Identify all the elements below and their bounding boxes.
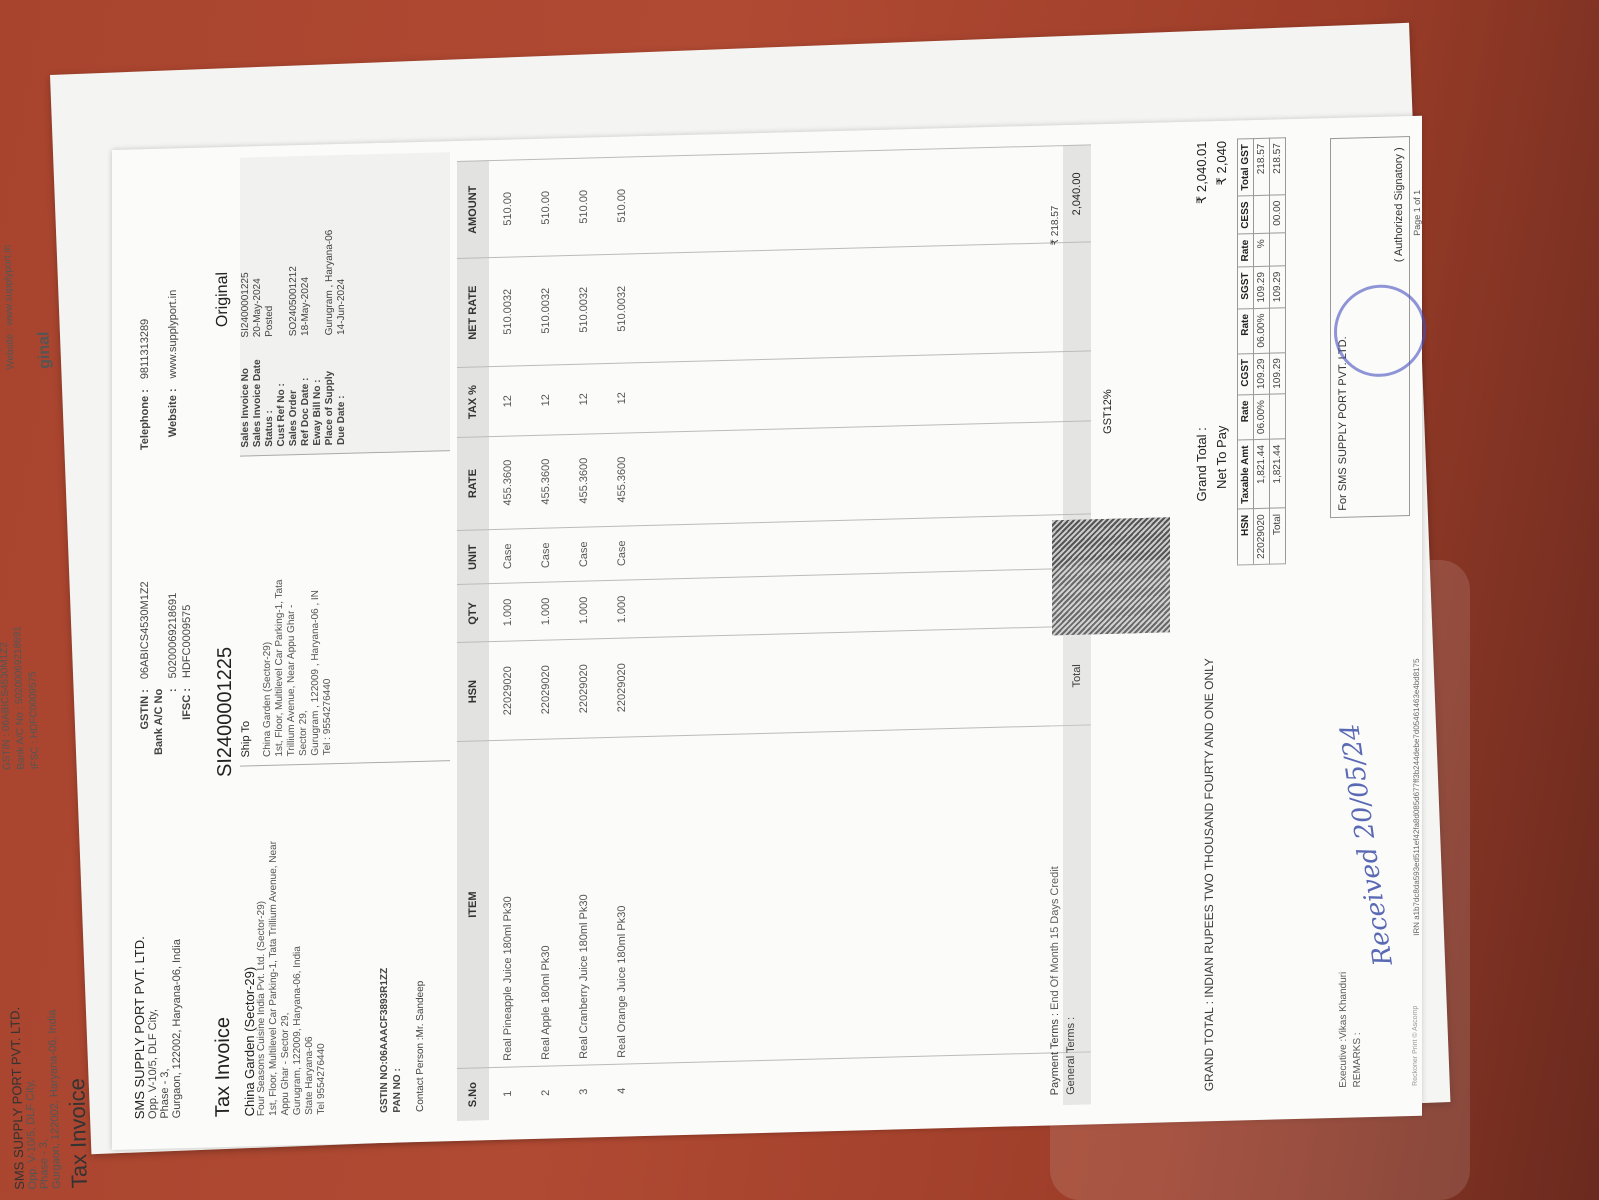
tax-cell: 06.00%: [1254, 394, 1270, 439]
ship-to: Ship To China Garden (Sector-29) 1st, Fl…: [240, 452, 450, 766]
tax-cell: 00.00: [1270, 195, 1286, 234]
meta-row: Eway Bill No :: [312, 155, 324, 445]
invoice-number: SI2400001225: [214, 647, 237, 778]
column-header: UNIT: [457, 530, 489, 585]
table-cell: 22029020: [565, 639, 603, 739]
back-contact-block: Telephone : 9811313289 Website : www.sup…: [0, 244, 53, 370]
tax-cell: [1254, 195, 1270, 234]
tax-cell: 109.29: [1254, 266, 1270, 308]
plastic-sleeve-overlay: [1050, 560, 1470, 1200]
table-filler: [641, 146, 1063, 1117]
table-cell: 22029020: [603, 638, 641, 738]
table-cell: 510.00: [565, 158, 603, 256]
bill-to-line: State Haryana-06: [304, 785, 316, 1115]
ship-to-line: Tel : 9554276440: [322, 455, 334, 755]
meta-key: Status :: [264, 337, 276, 447]
invoice-meta: Sales Invoice NoSI2400001225Sales Invoic…: [240, 152, 450, 456]
tax-row: Total1,821.44109.29109.2900.00218.57: [1270, 137, 1286, 564]
table-row: 4Real Orange Juice 180ml Pk30220290201.0…: [603, 157, 641, 1117]
bill-to-line: Four Seasons Cuisine India Pvt. Ltd. (Se…: [256, 786, 268, 1116]
ship-to-line: China Garden (Sector-29): [262, 457, 274, 757]
company-stamp-icon: [1334, 284, 1426, 378]
table-cell: Real Apple 180ml Pk30: [527, 738, 565, 1066]
table-cell: 455.3600: [565, 434, 603, 528]
tax-cell: [1270, 307, 1286, 352]
table-cell: Case: [489, 529, 527, 584]
table-cell: 1: [489, 1067, 527, 1120]
contact-details: Telephone :9811313289 Website :www.suppl…: [138, 290, 180, 460]
bank-value: 50200069218691: [167, 593, 179, 679]
table-cell: Case: [603, 526, 641, 581]
bill-to-line: Tel 9554276440: [316, 784, 328, 1114]
tax-cell: 109.29: [1270, 352, 1286, 394]
tax-row: 220290201,821.4406.00%109.2906.00%109.29…: [1254, 138, 1270, 565]
tax-column-header: SGST: [1238, 267, 1254, 309]
tax-column-header: Taxable Amt: [1238, 440, 1254, 510]
back-web: www.supplyport.in: [2, 245, 15, 326]
meta-row: Cust Ref No :: [276, 156, 288, 446]
meta-row: Place of SupplyGurugram , Haryana-06: [324, 155, 336, 445]
column-header: AMOUNT: [457, 161, 489, 259]
bank-label: Bank A/C No :: [152, 688, 180, 759]
table-cell: 2: [527, 1066, 565, 1119]
table-cell: 455.3600: [603, 433, 641, 527]
tax-cell: 109.29: [1270, 266, 1286, 308]
copy-label: Original: [214, 272, 232, 328]
back-bank-label: Bank A/C No :: [14, 707, 27, 770]
column-header: TAX %: [457, 367, 489, 438]
net-pay-label: Net To Pay: [1212, 425, 1232, 501]
back-tel-label: Telephone :: [0, 318, 3, 370]
table-cell: 455.3600: [489, 436, 527, 530]
table-cell: 1.000: [527, 582, 565, 641]
meta-row: Status :Posted: [264, 157, 276, 447]
customer-gstin: GSTIN NO:06AAACF3893R1ZZ: [378, 968, 391, 1113]
column-header: HSN: [457, 642, 489, 741]
website-value: www.supplyport.in: [167, 290, 179, 379]
gstin-label: GSTIN :: [138, 689, 152, 759]
items-table: S.NoITEMHSNQTYUNITRATETAX %NET RATEAMOUN…: [457, 144, 1091, 1121]
tax-cell: 06.00%: [1254, 308, 1270, 353]
tax-cell: 1,821.44: [1270, 439, 1286, 509]
back-web-label: Website :: [4, 328, 16, 370]
bill-to-line: Appu Ghar - Sector 29,: [280, 785, 292, 1115]
meta-value: Gurugram , Haryana-06: [324, 230, 335, 336]
meta-key: Sales Order: [288, 336, 300, 446]
gst-amount: ₹ 218.57: [1050, 205, 1061, 245]
total-cell: [1063, 242, 1091, 351]
table-cell: 510.0032: [527, 256, 565, 366]
table-cell: 12: [489, 366, 527, 437]
table-cell: 1.000: [603, 580, 641, 639]
grand-total-value: ₹ 2,040.01: [1192, 141, 1212, 292]
table-cell: 510.00: [489, 160, 527, 258]
meta-value: Posted: [264, 306, 275, 337]
table-cell: 4: [603, 1064, 641, 1117]
authorized-signatory: ( Authorized Signatory ): [1393, 147, 1405, 262]
meta-key: Cust Ref No :: [276, 336, 288, 446]
meta-row: Sales OrderSO2405001212: [288, 156, 300, 446]
table-cell: Case: [565, 527, 603, 582]
bill-to-line: Gurugram, 122009, Haryana-06, India: [292, 785, 304, 1115]
totals-labels: Grand Total : Net To Pay: [1192, 425, 1232, 501]
table-row: 1Real Pineapple Juice 180ml Pk3022029020…: [489, 160, 527, 1120]
tax-column-header: Rate: [1238, 234, 1254, 267]
meta-key: Sales Invoice Date: [252, 337, 264, 447]
tax-column-header: Total GST: [1238, 138, 1254, 196]
table-cell: 3: [565, 1065, 603, 1118]
meta-key: Place of Supply: [324, 335, 336, 445]
meta-row: Sales Invoice NoSI2400001225: [240, 157, 252, 447]
table-cell: 12: [603, 363, 641, 434]
meta-value: SO2405001212: [288, 266, 299, 336]
table-cell: 1.000: [489, 583, 527, 642]
bill-to-name: China Garden (Sector-29): [244, 786, 256, 1116]
page-number: Page 1 of 1: [1412, 190, 1422, 236]
tax-cell: 218.57: [1270, 137, 1286, 195]
meta-row: Sales Invoice Date20-May-2024: [252, 157, 264, 447]
contact-person: Contact Person :Mr. Sandeep: [414, 967, 427, 1112]
column-header: S.No: [457, 1068, 489, 1121]
ship-to-line: Sector 29,: [298, 456, 310, 756]
meta-key: Eway Bill No :: [312, 335, 324, 445]
ifsc-label: IFSC :: [180, 688, 194, 758]
table-cell: Real Cranberry Juice 180ml Pk30: [565, 738, 603, 1066]
totals-values: ₹ 2,040.01 ₹ 2,040: [1192, 141, 1232, 292]
back-ifsc: HDFC0009575: [27, 671, 40, 738]
tax-cell: %: [1254, 234, 1270, 267]
document-title: Tax Invoice: [212, 1017, 235, 1118]
back-bank: 50200069218691: [12, 626, 25, 704]
telephone-value: 9811313289: [139, 319, 151, 380]
table-cell: 455.3600: [527, 435, 565, 529]
table-cell: 1.000: [565, 581, 603, 640]
meta-key: Due Date :: [336, 335, 348, 445]
table-cell: Real Orange Juice 180ml Pk30: [603, 737, 641, 1065]
total-cell: [1063, 351, 1091, 422]
table-row: 3Real Cranberry Juice 180ml Pk3022029020…: [565, 158, 603, 1118]
table-cell: 12: [565, 364, 603, 435]
tax-cell: [1270, 394, 1286, 439]
meta-value: 18-May-2024: [300, 277, 311, 336]
tax-column-header: Rate: [1238, 308, 1254, 353]
back-gstin: 06ABICS4530M1Z2: [0, 642, 12, 731]
total-cell: [1063, 421, 1091, 514]
table-cell: 22029020: [527, 640, 565, 740]
gst-rate-label: GST12%: [1102, 389, 1114, 434]
table-cell: 12: [527, 365, 565, 436]
customer-pan: PAN NO :: [391, 967, 404, 1112]
back-bank-block: GSTIN : 06ABICS4530M1Z2 Bank A/C No : 50…: [0, 626, 43, 771]
table-row: 2Real Apple 180ml Pk30220290201.000Case4…: [527, 159, 565, 1119]
ship-to-label: Ship To: [240, 457, 252, 757]
gst-summary-table: HSNTaxable AmtRateCGSTRateSGSTRateCESSTo…: [1237, 137, 1286, 566]
telephone-label: Telephone :: [138, 389, 152, 459]
tax-cell: 109.29: [1254, 353, 1270, 395]
tax-cell: Total: [1270, 508, 1286, 564]
website-label: Website :: [166, 388, 180, 458]
net-pay-value: ₹ 2,040: [1212, 141, 1232, 292]
ship-to-line: 1st, Floor, Multilevel Car Parking-1, Ta…: [274, 456, 286, 756]
table-cell: 510.00: [603, 157, 641, 255]
back-ifsc-label: IFSC :: [29, 741, 41, 770]
bank-details: GSTIN :06ABICS4530M1Z2 Bank A/C No :5020…: [138, 580, 194, 759]
meta-row: Ref Doc Date :18-May-2024: [300, 156, 312, 446]
gstin-value: 06ABICS4530M1Z2: [139, 581, 151, 679]
table-cell: 510.0032: [565, 255, 603, 365]
column-header: RATE: [457, 437, 489, 531]
tax-column-header: CGST: [1238, 353, 1254, 395]
bill-to-line: 1st, Floor, Multilevel Car Parking-1, Ta…: [268, 786, 280, 1116]
meta-row: Due Date :14-Jun-2024: [336, 155, 348, 445]
column-header: NET RATE: [457, 258, 489, 367]
ship-to-line: Gurugram , 122009 , Haryana-06 , IN: [310, 456, 322, 756]
table-cell: Case: [527, 528, 565, 583]
tax-cell: 218.57: [1254, 138, 1270, 196]
back-gstin-label: GSTIN :: [1, 734, 13, 770]
total-cell: 2,040.00: [1063, 145, 1091, 243]
meta-key: Sales Invoice No: [240, 337, 252, 447]
bill-to: China Garden (Sector-29) Four Seasons Cu…: [244, 784, 328, 1116]
grand-total-label: Grand Total :: [1192, 426, 1212, 502]
meta-value: SI2400001225: [240, 272, 251, 337]
column-header: QTY: [457, 584, 489, 643]
ifsc-value: HDFC0009575: [181, 605, 193, 679]
table-cell: 510.0032: [489, 257, 527, 367]
table-cell: Real Pineapple Juice 180ml Pk30: [489, 739, 527, 1067]
ship-to-line: Trillium Avenue, Near Appu Ghar -: [286, 456, 298, 756]
tax-cell: [1270, 233, 1286, 266]
table-cell: 22029020: [489, 641, 527, 741]
table-cell: 510.00: [527, 159, 565, 257]
tax-column-header: CESS: [1238, 196, 1254, 235]
table-cell: 510.0032: [603, 254, 641, 364]
meta-value: 14-Jun-2024: [336, 279, 347, 335]
column-header: ITEM: [457, 740, 489, 1068]
meta-key: Ref Doc Date :: [300, 336, 312, 446]
customer-tax-ids: GSTIN NO:06AAACF3893R1ZZ PAN NO : Contac…: [378, 967, 427, 1113]
tax-column-header: HSN: [1238, 509, 1254, 565]
company-header: SMS SUPPLY PORT PVT. LTD. Opp. V-10/5, D…: [132, 178, 202, 1120]
meta-value: 20-May-2024: [252, 278, 263, 337]
tax-cell: 22029020: [1254, 509, 1270, 565]
tax-cell: 1,821.44: [1254, 439, 1270, 509]
tax-column-header: Rate: [1238, 395, 1254, 440]
